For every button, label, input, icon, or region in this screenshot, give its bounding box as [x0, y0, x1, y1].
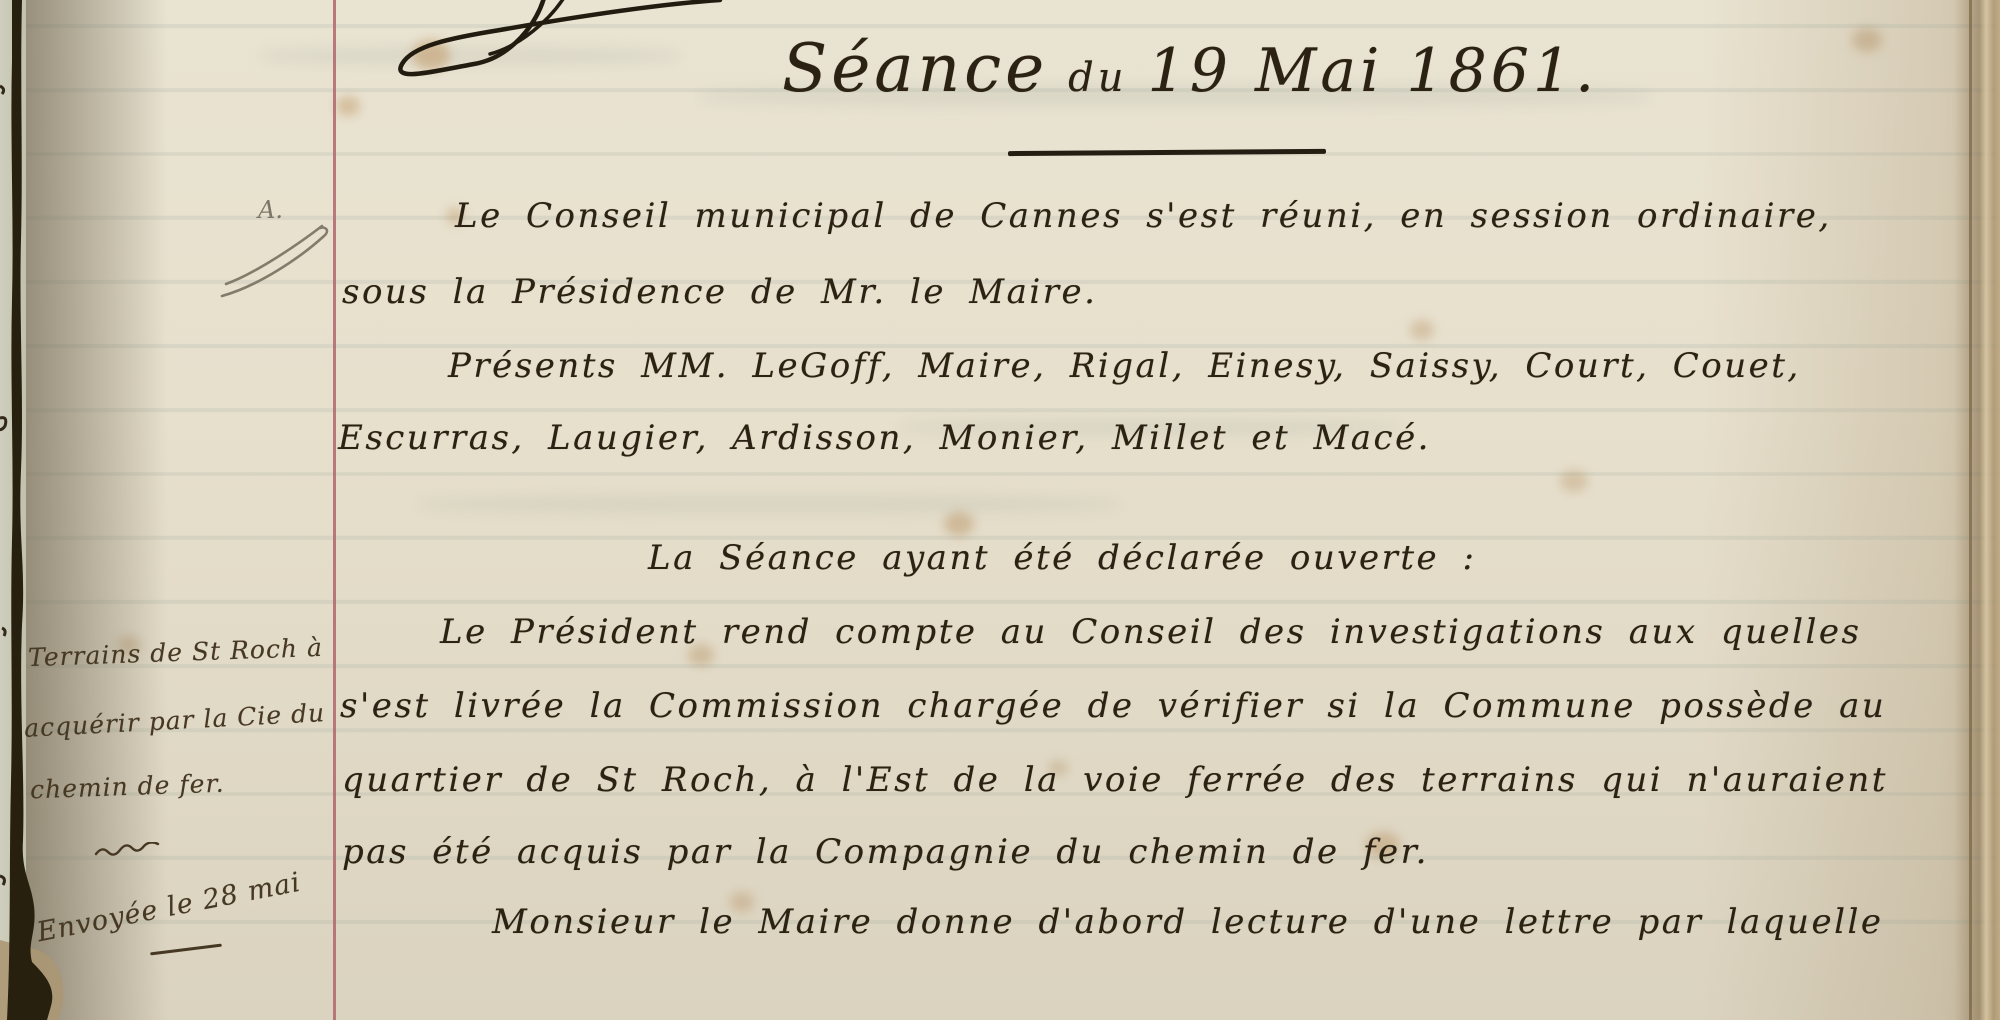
body-line: s'est livrée la Commission chargée de vé… — [340, 686, 1886, 726]
body-line: Monsieur le Maire donne d'abord lecture … — [492, 902, 1883, 942]
page-crease — [1969, 0, 1972, 1020]
body-line: Présents MM. LeGoff, Maire, Rigal, Eines… — [448, 346, 1801, 386]
margin-rule-line — [333, 0, 336, 1020]
page-title: Séance du 19 Mai 1861. — [782, 30, 1598, 107]
body-line: sous la Présidence de Mr. le Maire. — [342, 272, 1097, 312]
pencil-flourish — [218, 212, 338, 302]
body-line: pas été acquis par la Compagnie du chemi… — [342, 832, 1429, 872]
ink-flourish — [390, 0, 770, 104]
body-line: La Séance ayant été déclarée ouverte : — [648, 538, 1476, 578]
title-date: 19 Mai 1861. — [1148, 36, 1599, 106]
body-line: Le Conseil municipal de Cannes s'est réu… — [455, 196, 1832, 236]
title-word-du: du — [1068, 55, 1127, 101]
body-line: Escurras, Laugier, Ardisson, Monier, Mil… — [338, 418, 1431, 458]
body-line: quartier de St Roch, à l'Est de la voie … — [342, 760, 1888, 800]
margin-squiggle — [92, 842, 172, 862]
page-fold-edge — [1954, 0, 2000, 1020]
body-line: Le Président rend compte au Conseil des … — [440, 612, 1861, 652]
title-word-seance: Séance — [782, 30, 1048, 107]
torn-page-edge — [0, 0, 90, 1020]
